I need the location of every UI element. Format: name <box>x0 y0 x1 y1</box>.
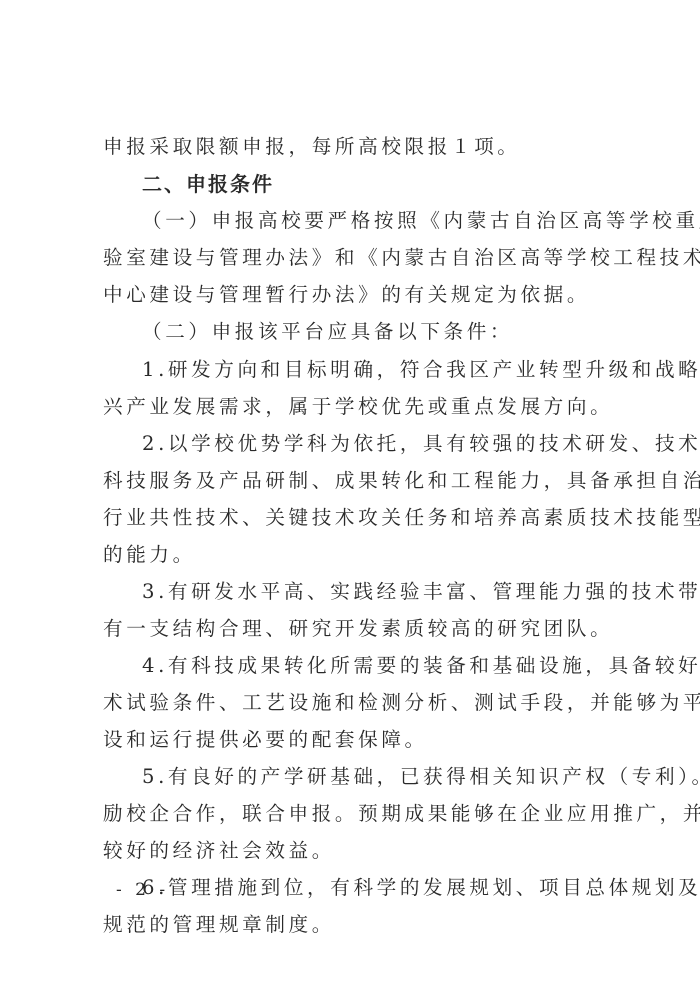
body-line: 的能力。 <box>103 542 619 568</box>
body-line: 有一支结构合理、研究开发素质较高的研究团队。 <box>103 616 619 642</box>
list-item-2: 2.以学校优势学科为依托，具有较强的技术研发、技术咨询、 <box>142 431 619 457</box>
list-item-1: 1.研发方向和目标明确，符合我区产业转型升级和战略性新 <box>142 357 619 383</box>
list-item-6: 6.管理措施到位，有科学的发展规划、项目总体规划及系统 <box>142 875 619 901</box>
body-line: 科技服务及产品研制、成果转化和工程能力，具备承担自治区级 <box>103 468 619 494</box>
body-line: 较好的经济社会效益。 <box>103 838 619 864</box>
list-item-5: 5.有良好的产学研基础，已获得相关知识产权（专利）。鼓 <box>142 764 619 790</box>
document-page: 申报采取限额申报，每所高校限报１项。 二、申报条件 （一）申报高校要严格按照《内… <box>0 0 700 989</box>
body-line: 申报采取限额申报，每所高校限报１项。 <box>103 134 619 160</box>
body-line: 规范的管理规章制度。 <box>103 912 619 938</box>
body-line: （一）申报高校要严格按照《内蒙古自治区高等学校重点实 <box>142 208 619 234</box>
list-item-4: 4.有科技成果转化所需要的装备和基础设施，具备较好的技 <box>142 653 619 679</box>
body-line: 设和运行提供必要的配套保障。 <box>103 727 619 753</box>
page-number: - 2 - <box>116 880 169 900</box>
body-line: 术试验条件、工艺设施和检测分析、测试手段，并能够为平台建 <box>103 690 619 716</box>
section-heading: 二、申报条件 <box>142 171 619 197</box>
body-line: 兴产业发展需求，属于学校优先或重点发展方向。 <box>103 394 619 420</box>
body-line: 励校企合作，联合申报。预期成果能够在企业应用推广，并取得 <box>103 801 619 827</box>
body-line: （二）申报该平台应具备以下条件： <box>142 319 619 345</box>
body-line: 中心建设与管理暂行办法》的有关规定为依据。 <box>103 282 619 308</box>
body-line: 行业共性技术、关键技术攻关任务和培养高素质技术技能型人才 <box>103 505 619 531</box>
list-item-3: 3.有研发水平高、实践经验丰富、管理能力强的技术带头人， <box>142 579 619 605</box>
body-line: 验室建设与管理办法》和《内蒙古自治区高等学校工程技术研究 <box>103 245 619 271</box>
